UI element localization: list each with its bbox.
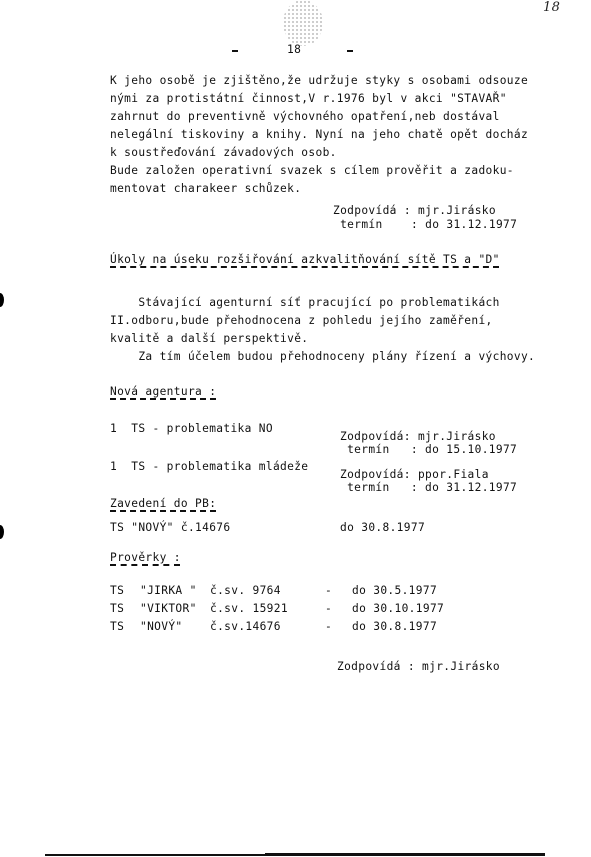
intro-line-2: nými za protistátní činnost,V r.1976 byl… [110, 92, 507, 106]
check-dash: - [325, 620, 332, 634]
new-agent-2-deadline: termín : do 31.12.1977 [340, 481, 517, 495]
check-name: "VIKTOR" [140, 602, 197, 616]
new-agent-2-responsible: Zodpovídá: ppor.Fiala [340, 468, 489, 482]
check-number: č.sv. 9764 [210, 584, 281, 598]
page-number: 18 [287, 43, 301, 57]
new-agent-2: 1 TS - problematika mládeže [110, 460, 308, 474]
pb-heading: Zavedení do PB: [110, 497, 216, 511]
check-deadline: do 30.5.1977 [352, 584, 437, 598]
bottom-rule [45, 854, 545, 856]
handwritten-page-number: 18 [543, 0, 560, 15]
binding-hole-top [0, 293, 4, 307]
intro-line-5: k soustřeďování závadových osob. [110, 146, 337, 160]
check-name: "JIRKA " [140, 584, 197, 598]
network-line-3: kvalitě a další perspektivě. [110, 332, 308, 346]
new-agent-1-deadline: termín : do 15.10.1977 [340, 443, 517, 457]
new-agent-1-responsible: Zodpovídá: mjr.Jirásko [340, 430, 496, 444]
page-number-dash-left [232, 50, 238, 52]
pb-deadline: do 30.8.1977 [340, 521, 425, 535]
network-line-2: II.odboru,bude přehodnocena z pohledu je… [110, 314, 493, 328]
check-name: "NOVÝ" [140, 620, 183, 634]
binding-hole-bottom [0, 525, 4, 539]
bottom-rule-thick [265, 853, 545, 854]
page-number-dash-right [347, 50, 353, 52]
check-number: č.sv.14676 [210, 620, 281, 634]
check-type: TS [110, 584, 124, 598]
check-deadline: do 30.8.1977 [352, 620, 437, 634]
stamp-speckle [283, 0, 323, 46]
checks-responsible: Zodpovídá : mjr.Jirásko [337, 660, 500, 674]
check-dash: - [325, 584, 332, 598]
check-type: TS [110, 602, 124, 616]
check-dash: - [325, 602, 332, 616]
intro-line-6: Bude založen operativní svazek s cílem p… [110, 164, 514, 178]
intro-responsible: Zodpovídá : mjr.Jirásko [333, 204, 496, 218]
new-agents-heading: Nová agentura : [110, 385, 216, 399]
intro-line-4: nelegální tiskoviny a knihy. Nyní na jeh… [110, 128, 528, 142]
check-type: TS [110, 620, 124, 634]
pb-item: TS "NOVÝ" č.14676 [110, 521, 230, 535]
network-line-4: Za tím účelem budou přehodnoceny plány ř… [110, 350, 535, 364]
new-agent-1: 1 TS - problematika NO [110, 422, 273, 436]
intro-line-3: zahrnut do preventivně výchovného opatře… [110, 110, 500, 124]
checks-heading: Prověrky : [110, 551, 181, 565]
intro-line-7: mentovat charakeer schůzek. [110, 182, 301, 196]
intro-deadline: termín : do 31.12.1977 [333, 218, 517, 232]
check-deadline: do 30.10.1977 [352, 602, 444, 616]
network-line-1: Stávající agenturní síť pracující po pro… [110, 296, 500, 310]
section-heading: Úkoly na úseku rozšiřování azkvalitňován… [110, 253, 500, 267]
check-number: č.sv. 15921 [210, 602, 288, 616]
intro-line-1: K jeho osobě je zjištěno,že udržuje styk… [110, 74, 528, 88]
